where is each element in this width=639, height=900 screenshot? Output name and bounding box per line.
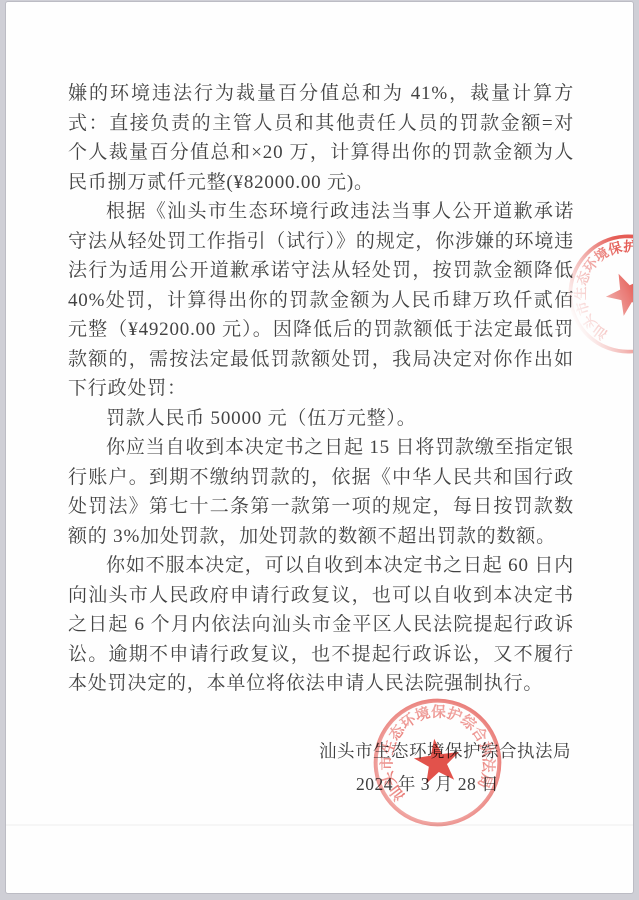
document-page: 嫌的环境违法行为裁量百分值总和为 41%，裁量计算方式：直接负责的主管人员和其他…	[5, 1, 634, 894]
paragraph-apology-reduction: 根据《汕头市生态环境行政违法当事人公开道歉承诺守法从轻处罚工作指引（试行）》的规…	[68, 197, 574, 404]
paragraph-appeal-rights: 你如不服本决定，可以自收到本决定书之日起 60 日内向汕头市人民政府申请行政复议…	[68, 551, 574, 699]
paragraph-payment-terms: 你应当自收到本决定书之日起 15 日将罚款缴至指定银行账户。到期不缴纳罚款的，依…	[68, 433, 574, 551]
seal-graphic: 汕头市生态环境保护综合执法局	[362, 687, 512, 837]
official-seal-stamp: 汕头市生态环境保护综合执法局	[362, 687, 512, 837]
seal-star-icon	[412, 736, 463, 785]
document-body: 嫌的环境违法行为裁量百分值总和为 41%，裁量计算方式：直接负责的主管人员和其他…	[68, 79, 574, 699]
scan-fold-line	[6, 824, 633, 826]
paragraph-penalty-amount: 罚款人民币 50000 元（伍万元整）。	[68, 404, 574, 434]
paragraph-fine-calculation: 嫌的环境违法行为裁量百分值总和为 41%，裁量计算方式：直接负责的主管人员和其他…	[68, 79, 574, 197]
seal-star-icon	[599, 265, 634, 320]
